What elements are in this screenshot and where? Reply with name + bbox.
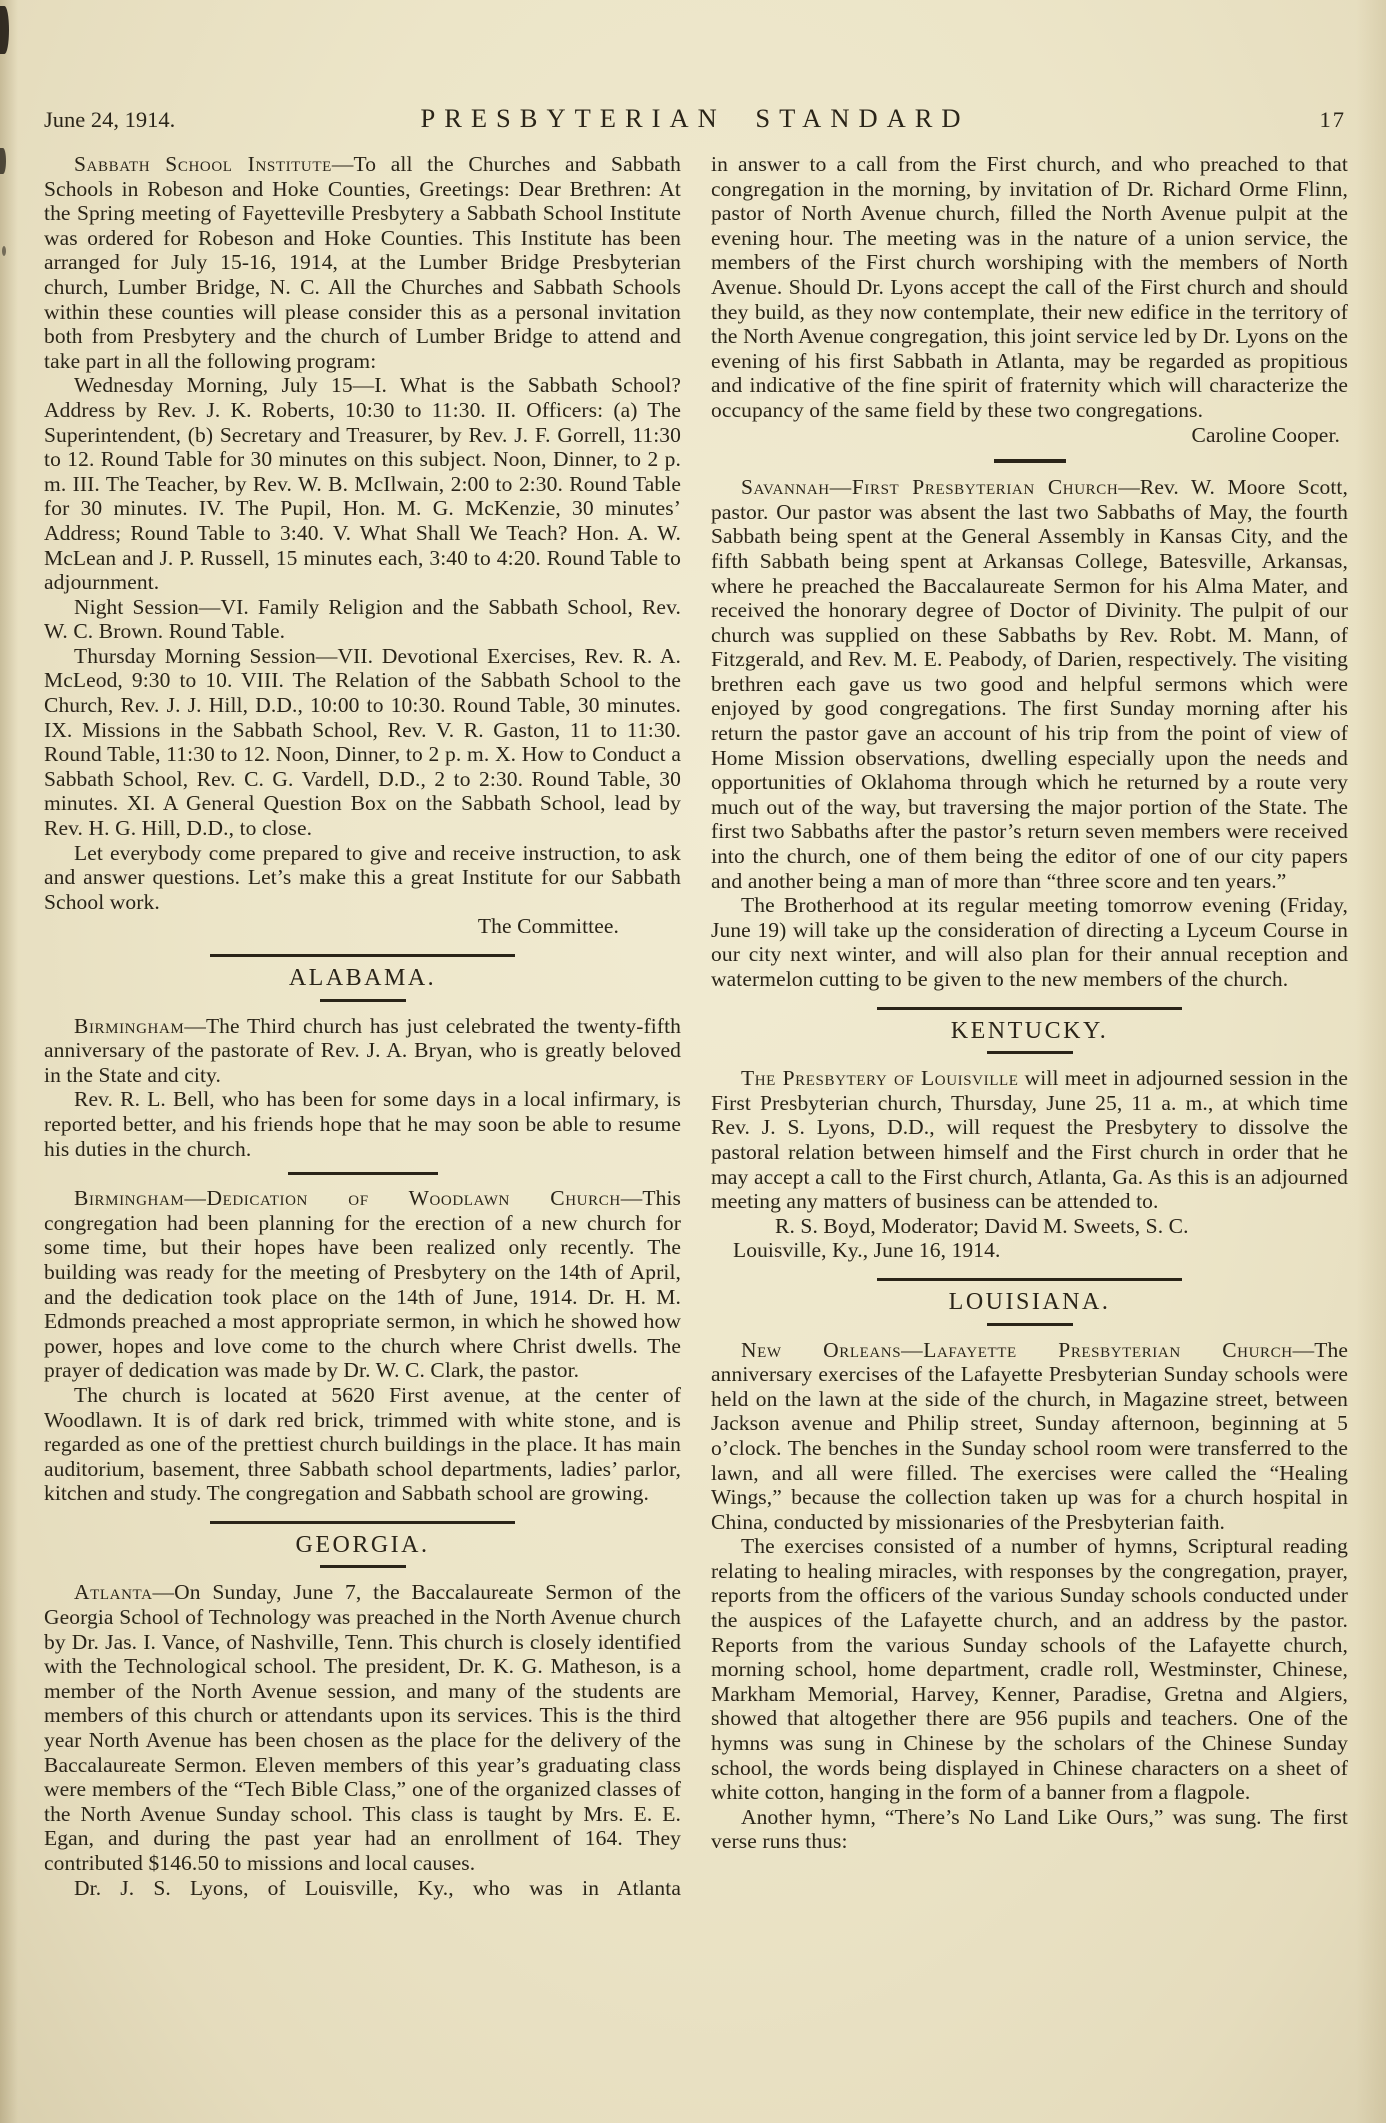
paragraph: Atlanta—On Sunday, June 7, the Baccalaur… [44, 1580, 681, 1875]
article-birmingham-third-church: Birmingham—The Third church has just cel… [44, 1014, 681, 1162]
signature: R. S. Boyd, Moderator; David M. Sweets, … [711, 1214, 1348, 1239]
section-heading-alabama: ALABAMA. [44, 954, 681, 1002]
rule-long [210, 1521, 515, 1524]
rule-short [320, 999, 406, 1002]
article-lead-in: Birmingham [74, 1014, 184, 1038]
section-heading-georgia: GEORGIA. [44, 1521, 681, 1569]
article-lead-in: Birmingham—Dedication of Woodlawn Church [74, 1186, 621, 1210]
rule-long [210, 954, 515, 957]
paragraph: in answer to a call from the First churc… [711, 152, 1348, 423]
page-header: June 24, 1914. PRESBYTERIAN STANDARD 17 [44, 103, 1346, 134]
paragraph: Savannah—First Presbyterian Church—Rev. … [711, 475, 1348, 893]
issue-date: June 24, 1914. [44, 107, 274, 133]
article-divider [994, 459, 1066, 463]
paragraph: New Orleans—Lafayette Presbyterian Churc… [711, 1338, 1348, 1535]
paragraph-text: —This congregation had been planning for… [44, 1186, 681, 1382]
rule-short [987, 1051, 1073, 1054]
section-title: ALABAMA. [44, 966, 681, 991]
article-presbytery-of-louisville: The Presbytery of Louisville will meet i… [711, 1066, 1348, 1263]
article-savannah-first-church: Savannah—First Presbyterian Church—Rev. … [711, 475, 1348, 991]
paragraph: The exercises consisted of a number of h… [711, 1534, 1348, 1805]
paragraph: Let everybody come prepared to give and … [44, 841, 681, 915]
article-new-orleans-lafayette: New Orleans—Lafayette Presbyterian Churc… [711, 1338, 1348, 1854]
section-heading-louisiana: LOUISIANA. [711, 1278, 1348, 1326]
signature: The Committee. [44, 914, 681, 939]
paragraph-text: —The anniversary exercises of the Lafaye… [711, 1338, 1348, 1534]
two-column-layout: Sabbath School Institute—To all the Chur… [44, 152, 1348, 1900]
article-lead-in: The Presbytery of Louisville [741, 1066, 1018, 1090]
publication-title: PRESBYTERIAN STANDARD [274, 103, 1116, 134]
paragraph-text: —Rev. W. Moore Scott, pastor. Our pastor… [711, 475, 1348, 893]
rule-long [877, 1278, 1182, 1281]
magazine-page: June 24, 1914. PRESBYTERIAN STANDARD 17 … [0, 0, 1386, 2123]
page-number: 17 [1116, 107, 1346, 133]
paragraph: Another hymn, “There’s No Land Like Ours… [711, 1805, 1348, 1854]
article-lead-in: Atlanta [74, 1580, 153, 1604]
article-atlanta-baccalaureate: Atlanta—On Sunday, June 7, the Baccalaur… [44, 1580, 681, 1900]
ink-smudge [0, 6, 9, 54]
left-column: Sabbath School Institute—To all the Chur… [44, 152, 681, 1900]
article-atlanta-continuation: in answer to a call from the First churc… [711, 152, 1348, 447]
paragraph: Night Session—VI. Family Religion and th… [44, 595, 681, 644]
signature: Caroline Cooper. [711, 423, 1348, 448]
paragraph: Sabbath School Institute—To all the Chur… [44, 152, 681, 373]
ink-smudge [0, 148, 6, 174]
paragraph: The church is located at 5620 First aven… [44, 1383, 681, 1506]
article-lead-in: Sabbath School Institute [74, 152, 332, 176]
article-divider [288, 1172, 438, 1175]
article-lead-in: New Orleans—Lafayette Presbyterian Churc… [741, 1338, 1293, 1362]
dateline: Louisville, Ky., June 16, 1914. [711, 1238, 1348, 1263]
rule-short [320, 1565, 406, 1568]
paragraph-continued-next-page: Dr. J. S. Lyons, of Louisville, Ky., who… [44, 1876, 681, 1901]
section-title: GEORGIA. [44, 1533, 681, 1558]
rule-short [987, 1323, 1073, 1326]
paragraph: Birmingham—Dedication of Woodlawn Church… [44, 1186, 681, 1383]
ink-smudge [2, 246, 6, 256]
paragraph: Rev. R. L. Bell, who has been for some d… [44, 1087, 681, 1161]
paragraph: Thursday Morning Session—VII. Devotional… [44, 644, 681, 841]
section-title: LOUISIANA. [711, 1290, 1348, 1315]
right-column: in answer to a call from the First churc… [711, 152, 1348, 1900]
article-sabbath-school-institute: Sabbath School Institute—To all the Chur… [44, 152, 681, 939]
rule-long [877, 1007, 1182, 1010]
paragraph: Wednesday Morning, July 15—I. What is th… [44, 373, 681, 594]
article-woodlawn-dedication: Birmingham—Dedication of Woodlawn Church… [44, 1186, 681, 1506]
section-title: KENTUCKY. [711, 1019, 1348, 1044]
article-lead-in: Savannah—First Presbyterian Church [741, 475, 1118, 499]
paragraph-text: —On Sunday, June 7, the Baccalaureate Se… [44, 1580, 681, 1875]
paragraph: Birmingham—The Third church has just cel… [44, 1014, 681, 1088]
paragraph: The Presbytery of Louisville will meet i… [711, 1066, 1348, 1214]
paragraph: The Brotherhood at its regular meeting t… [711, 893, 1348, 991]
section-heading-kentucky: KENTUCKY. [711, 1007, 1348, 1055]
paragraph-text: —To all the Churches and Sabbath Schools… [44, 152, 681, 373]
